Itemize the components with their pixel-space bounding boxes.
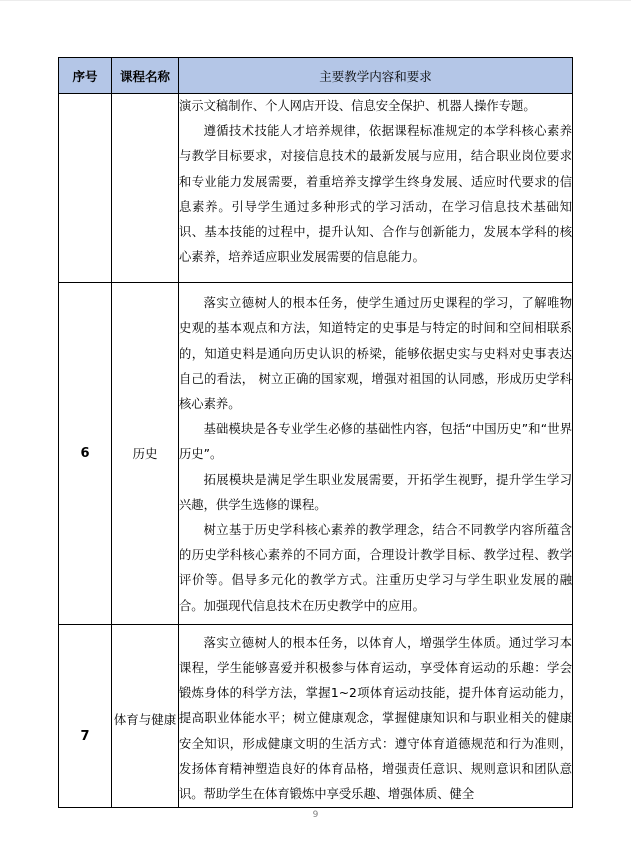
table-row-continued: 演示文稿制作、个人网店开设、信息安全保护、机器人操作专题。 遵循技术技能人才培养…: [59, 94, 573, 283]
serial-number-cell: [59, 94, 112, 283]
header-serial-number: 序号: [59, 58, 112, 94]
content-paragraph: 演示文稿制作、个人网店开设、信息安全保护、机器人操作专题。: [179, 94, 572, 119]
header-course-name: 课程名称: [112, 58, 179, 94]
course-table: 序号 课程名称 主要教学内容和要求 演示文稿制作、个人网店开设、信息安全保护、机…: [58, 57, 573, 808]
content-paragraph: 基础模块是各专业学生必修的基础性内容，包括“中国历史”和“世界历史”。: [179, 417, 572, 467]
content-cell: 落实立德树人的根本任务，以体育人，增强学生体质。通过学习本课程，学生能够喜爱并积…: [179, 625, 573, 808]
table-row-history: 6 历史 落实立德树人的根本任务，使学生通过历史课程的学习，了解唯物史观的基本观…: [59, 283, 573, 625]
content-paragraph: 遵循技术技能人才培养规律，依据课程标准规定的本学科核心素养与教学目标要求，对接信…: [179, 119, 572, 270]
header-main-content: 主要教学内容和要求: [179, 58, 573, 94]
table-row-pe: 7 体育与健康 落实立德树人的根本任务，以体育人，增强学生体质。通过学习本课程，…: [59, 625, 573, 808]
page-top-edge: [0, 0, 631, 1]
serial-number-cell: 6: [59, 283, 112, 625]
course-name-cell: 体育与健康: [112, 625, 179, 808]
content-paragraph: 落实立德树人的根本任务，使学生通过历史课程的学习，了解唯物史观的基本观点和方法，…: [179, 291, 572, 417]
table-header-row: 序号 课程名称 主要教学内容和要求: [59, 58, 573, 94]
content-paragraph: 拓展模块是满足学生职业发展需要，开拓学生视野，提升学生学习兴趣，供学生选修的课程…: [179, 468, 572, 518]
content-paragraph: 树立基于历史学科核心素养的教学理念，结合不同教学内容所蕴含的历史学科核心素养的不…: [179, 518, 572, 619]
content-cell: 演示文稿制作、个人网店开设、信息安全保护、机器人操作专题。 遵循技术技能人才培养…: [179, 94, 573, 283]
serial-number-cell: 7: [59, 625, 112, 808]
content-paragraph: 落实立德树人的根本任务，以体育人，增强学生体质。通过学习本课程，学生能够喜爱并积…: [179, 631, 572, 807]
course-name-cell: 历史: [112, 283, 179, 625]
content-cell: 落实立德树人的根本任务，使学生通过历史课程的学习，了解唯物史观的基本观点和方法，…: [179, 283, 573, 625]
course-name-cell: [112, 94, 179, 283]
page-number: 9: [0, 810, 631, 820]
